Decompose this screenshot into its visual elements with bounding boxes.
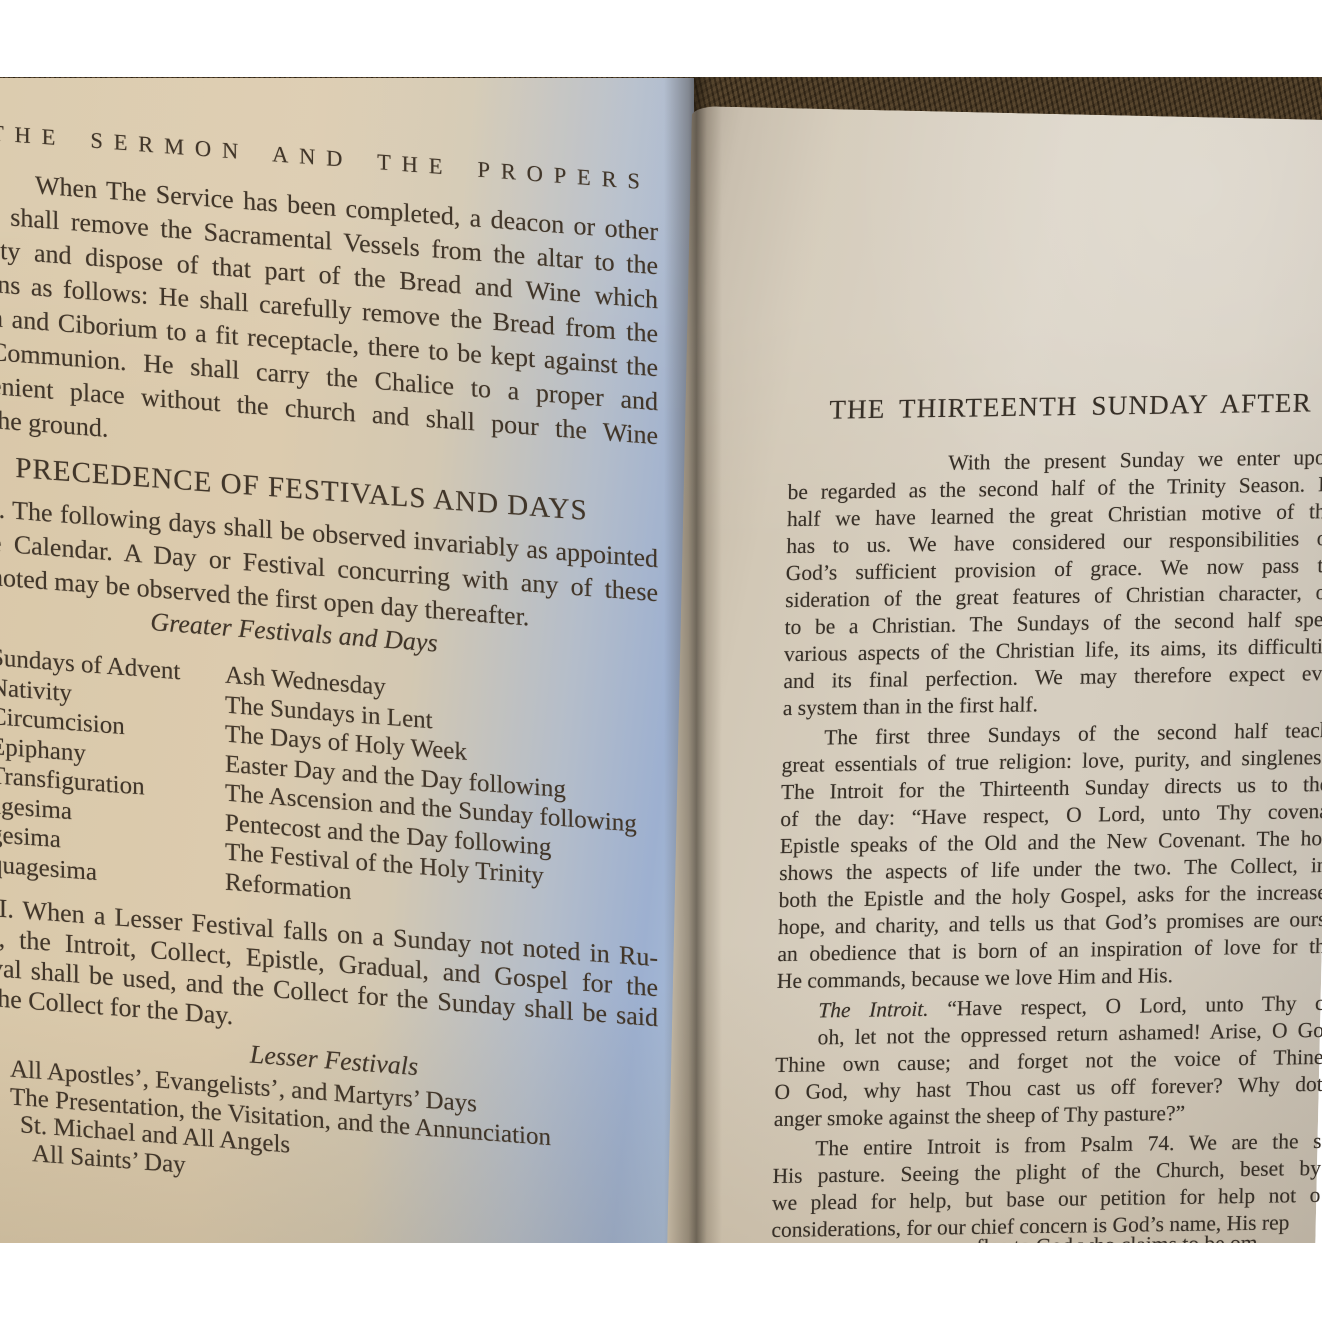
introit-first-line-rest: “Have respect, O Lord, unto Thy c bbox=[947, 991, 1322, 1021]
introit-lead-italic: The Introit. bbox=[818, 997, 929, 1023]
commentary-paragraph-3: The entire Introit is from Psalm 74. We … bbox=[771, 1128, 1322, 1244]
left-page-content: THE SERMON AND THE PROPERS When The Serv… bbox=[0, 102, 658, 1214]
greater-festivals-list: Sundays of AdventAsh WednesdayNativityTh… bbox=[0, 643, 658, 929]
commentary-paragraph-1: With the present Sunday we enter uponbe … bbox=[783, 444, 1322, 722]
introit-lines: oh, let not the oppressed return ashamed… bbox=[774, 1017, 1322, 1133]
book-gutter-shadow bbox=[664, 74, 722, 1244]
book-photo: THE SERMON AND THE PROPERS When The Serv… bbox=[0, 0, 1322, 1322]
photo-top-margin bbox=[0, 0, 1322, 77]
right-page-content: THE THIRTEENTH SUNDAY AFTER TRIN With th… bbox=[771, 100, 1322, 1264]
introit-paragraph: The Introit. “Have respect, O Lord, unto… bbox=[774, 990, 1322, 1133]
rubric-paragraph: When The Service has been completed, a d… bbox=[0, 165, 658, 487]
commentary-paragraph-2: The first three Sundays of the second ha… bbox=[777, 717, 1322, 995]
photo-bottom-margin bbox=[0, 1243, 1322, 1322]
right-page-title: THE THIRTEENTH SUNDAY AFTER TRIN bbox=[789, 387, 1322, 425]
right-page: THE THIRTEENTH SUNDAY AFTER TRIN With th… bbox=[667, 106, 1322, 1280]
